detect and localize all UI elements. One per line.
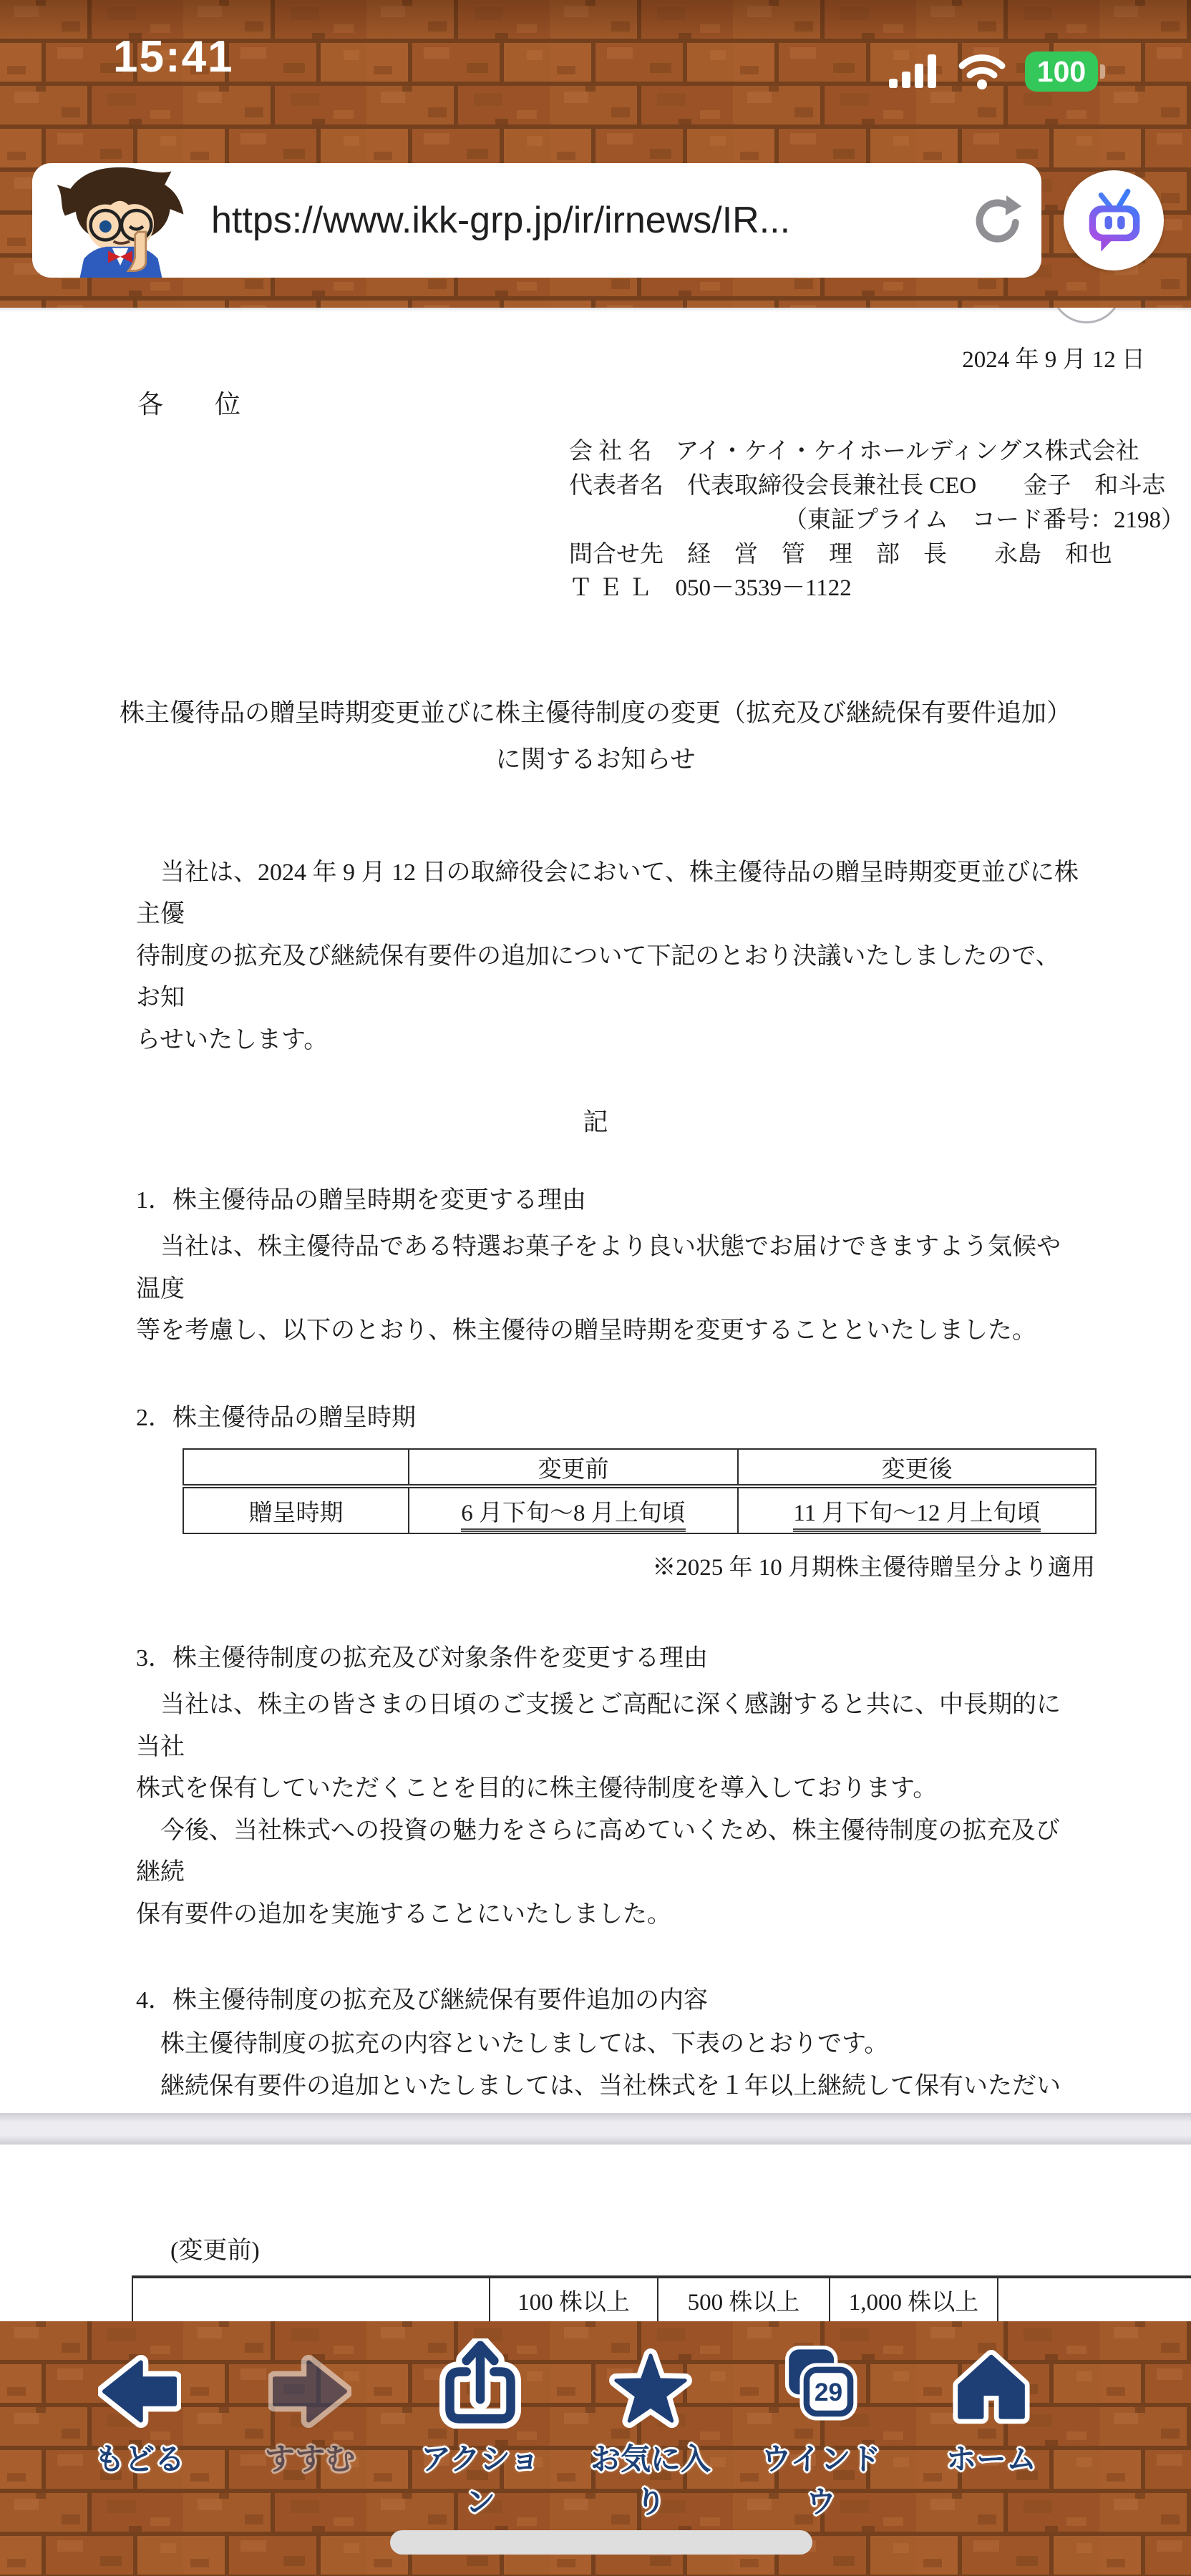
table-corner-cell	[183, 1449, 409, 1486]
svg-text:29: 29	[815, 2379, 842, 2406]
section4-body: 株主優待制度の拡充の内容といたしましては、下表のとおりです。 継続保有要件の追加…	[136, 2024, 1084, 2113]
assistant-button[interactable]	[1064, 170, 1164, 270]
document-date: 2024 年 9 月 12 日	[0, 341, 1145, 374]
windows-button[interactable]: 29 ウインドウ	[753, 2337, 889, 2522]
section1-body: 当社は、株主優待品である特選お菓子をより良い状態でお届けできますよう気候や温度 …	[136, 1226, 1084, 1352]
section3-body2: 今後、当社株式への投資の魅力をさらに高めていくため、株主優待制度の拡充及び継続 …	[136, 1810, 1084, 1936]
section3-heading: 3．株主優待制度の拡充及び対象条件を変更する理由	[136, 1638, 1084, 1673]
share-action-icon	[439, 2337, 522, 2429]
status-icons: 100	[889, 52, 1098, 92]
representative-line: 代表者名 代表取締役会長兼社長 CEO 金子 和斗志	[569, 469, 1191, 504]
reload-button[interactable]	[966, 187, 1031, 253]
home-button[interactable]: ホーム	[923, 2337, 1059, 2522]
cellular-signal-icon	[889, 54, 939, 89]
row-label-presentation-period: 贈呈時期	[183, 1486, 409, 1533]
url-bar[interactable]: https://www.ikk-grp.jp/ir/irnews/IR...	[32, 163, 1041, 278]
tel-line: Ｔ Ｅ Ｌ 050－3539－1122	[569, 572, 1191, 606]
intro-paragraph: 当社は、2024 年 9 月 12 日の取締役会において、株主優待品の贈呈時期変…	[136, 852, 1084, 1061]
document-title: 株主優待品の贈呈時期変更並びに株主優待制度の変更（拡充及び継続保有要件追加） に…	[0, 691, 1191, 784]
section3-body1: 当社は、株主の皆さまの日頃のご支援とご高配に深く感謝すると共に、中長期的に当社 …	[136, 1684, 1084, 1810]
star-favorites-icon	[608, 2337, 693, 2429]
conan-character-avatar	[52, 165, 188, 278]
battery-icon: 100	[1025, 52, 1098, 92]
col-header-before: 変更前	[409, 1449, 738, 1486]
action-button[interactable]: アクション	[412, 2337, 548, 2522]
home-label: ホーム	[946, 2436, 1036, 2479]
windows-label: ウインドウ	[753, 2436, 889, 2522]
contact-line: 問合せ先 経 営 管 理 部 長 永島 和也	[569, 538, 1191, 572]
home-indicator[interactable]	[390, 2530, 812, 2555]
table-note: ※2025 年 10 月期株主優待贈呈分より適用	[0, 1548, 1095, 1582]
windows-tabs-icon: 29	[777, 2337, 865, 2429]
browser-screen: 2024 年 9 月 12 日 各 位 会 社 名 アイ・ケイ・ケイホールディン…	[0, 0, 1191, 2576]
page-scroll-area[interactable]: 2024 年 9 月 12 日 各 位 会 社 名 アイ・ケイ・ケイホールディン…	[0, 308, 1191, 2576]
schedule-change-table: 変更前 変更後 贈呈時期 6 月下旬～8 月上旬頃 11 月下旬～12 月上旬頃	[183, 1448, 1097, 1534]
pdf-page-1: 2024 年 9 月 12 日 各 位 会 社 名 アイ・ケイ・ケイホールディン…	[0, 308, 1191, 2113]
before-change-label: (変更前)	[170, 2230, 1191, 2265]
back-label: もどる	[94, 2436, 185, 2479]
wifi-icon	[958, 54, 1006, 89]
robot-tv-icon	[1076, 183, 1151, 258]
company-name-line: 会 社 名 アイ・ケイ・ケイホールディングス株式会社	[569, 435, 1191, 469]
section4-heading: 4．株主優待制度の拡充及び継続保有要件追加の内容	[136, 1980, 1084, 2015]
before-value-cell: 6 月下旬～8 月上旬頃	[409, 1486, 738, 1533]
back-arrow-icon	[98, 2337, 181, 2429]
reload-icon	[968, 190, 1029, 250]
home-icon	[950, 2337, 1033, 2429]
pdf-page-gap	[0, 2113, 1191, 2145]
forward-label: すすむ	[265, 2436, 355, 2479]
favorites-label: お気に入り	[583, 2436, 719, 2522]
salutation: 各 位	[137, 384, 1191, 421]
browser-header: 15:41 100	[0, 0, 1191, 308]
forward-arrow-icon	[268, 2337, 351, 2429]
company-info-block: 会 社 名 アイ・ケイ・ケイホールディングス株式会社 代表者名 代表取締役会長兼…	[569, 435, 1191, 606]
after-value-cell: 11 月下旬～12 月上旬頃	[738, 1486, 1096, 1533]
record-mark: 記	[0, 1103, 1191, 1138]
col-header-after: 変更後	[738, 1449, 1096, 1486]
section2-heading: 2．株主優待品の贈呈時期	[136, 1397, 1084, 1433]
status-time: 15:41	[113, 31, 234, 82]
section1-heading: 1．株主優待品の贈呈時期を変更する理由	[136, 1180, 1084, 1215]
favorites-button[interactable]: お気に入り	[583, 2337, 719, 2522]
url-input[interactable]: https://www.ikk-grp.jp/ir/irnews/IR...	[211, 163, 963, 278]
back-button[interactable]: もどる	[72, 2337, 208, 2522]
action-label: アクション	[412, 2436, 548, 2522]
browser-toolbar: もどる すすむ	[0, 2321, 1191, 2576]
forward-button[interactable]: すすむ	[242, 2337, 378, 2522]
listing-line: （東証プライム コード番号：2198）	[569, 504, 1191, 538]
